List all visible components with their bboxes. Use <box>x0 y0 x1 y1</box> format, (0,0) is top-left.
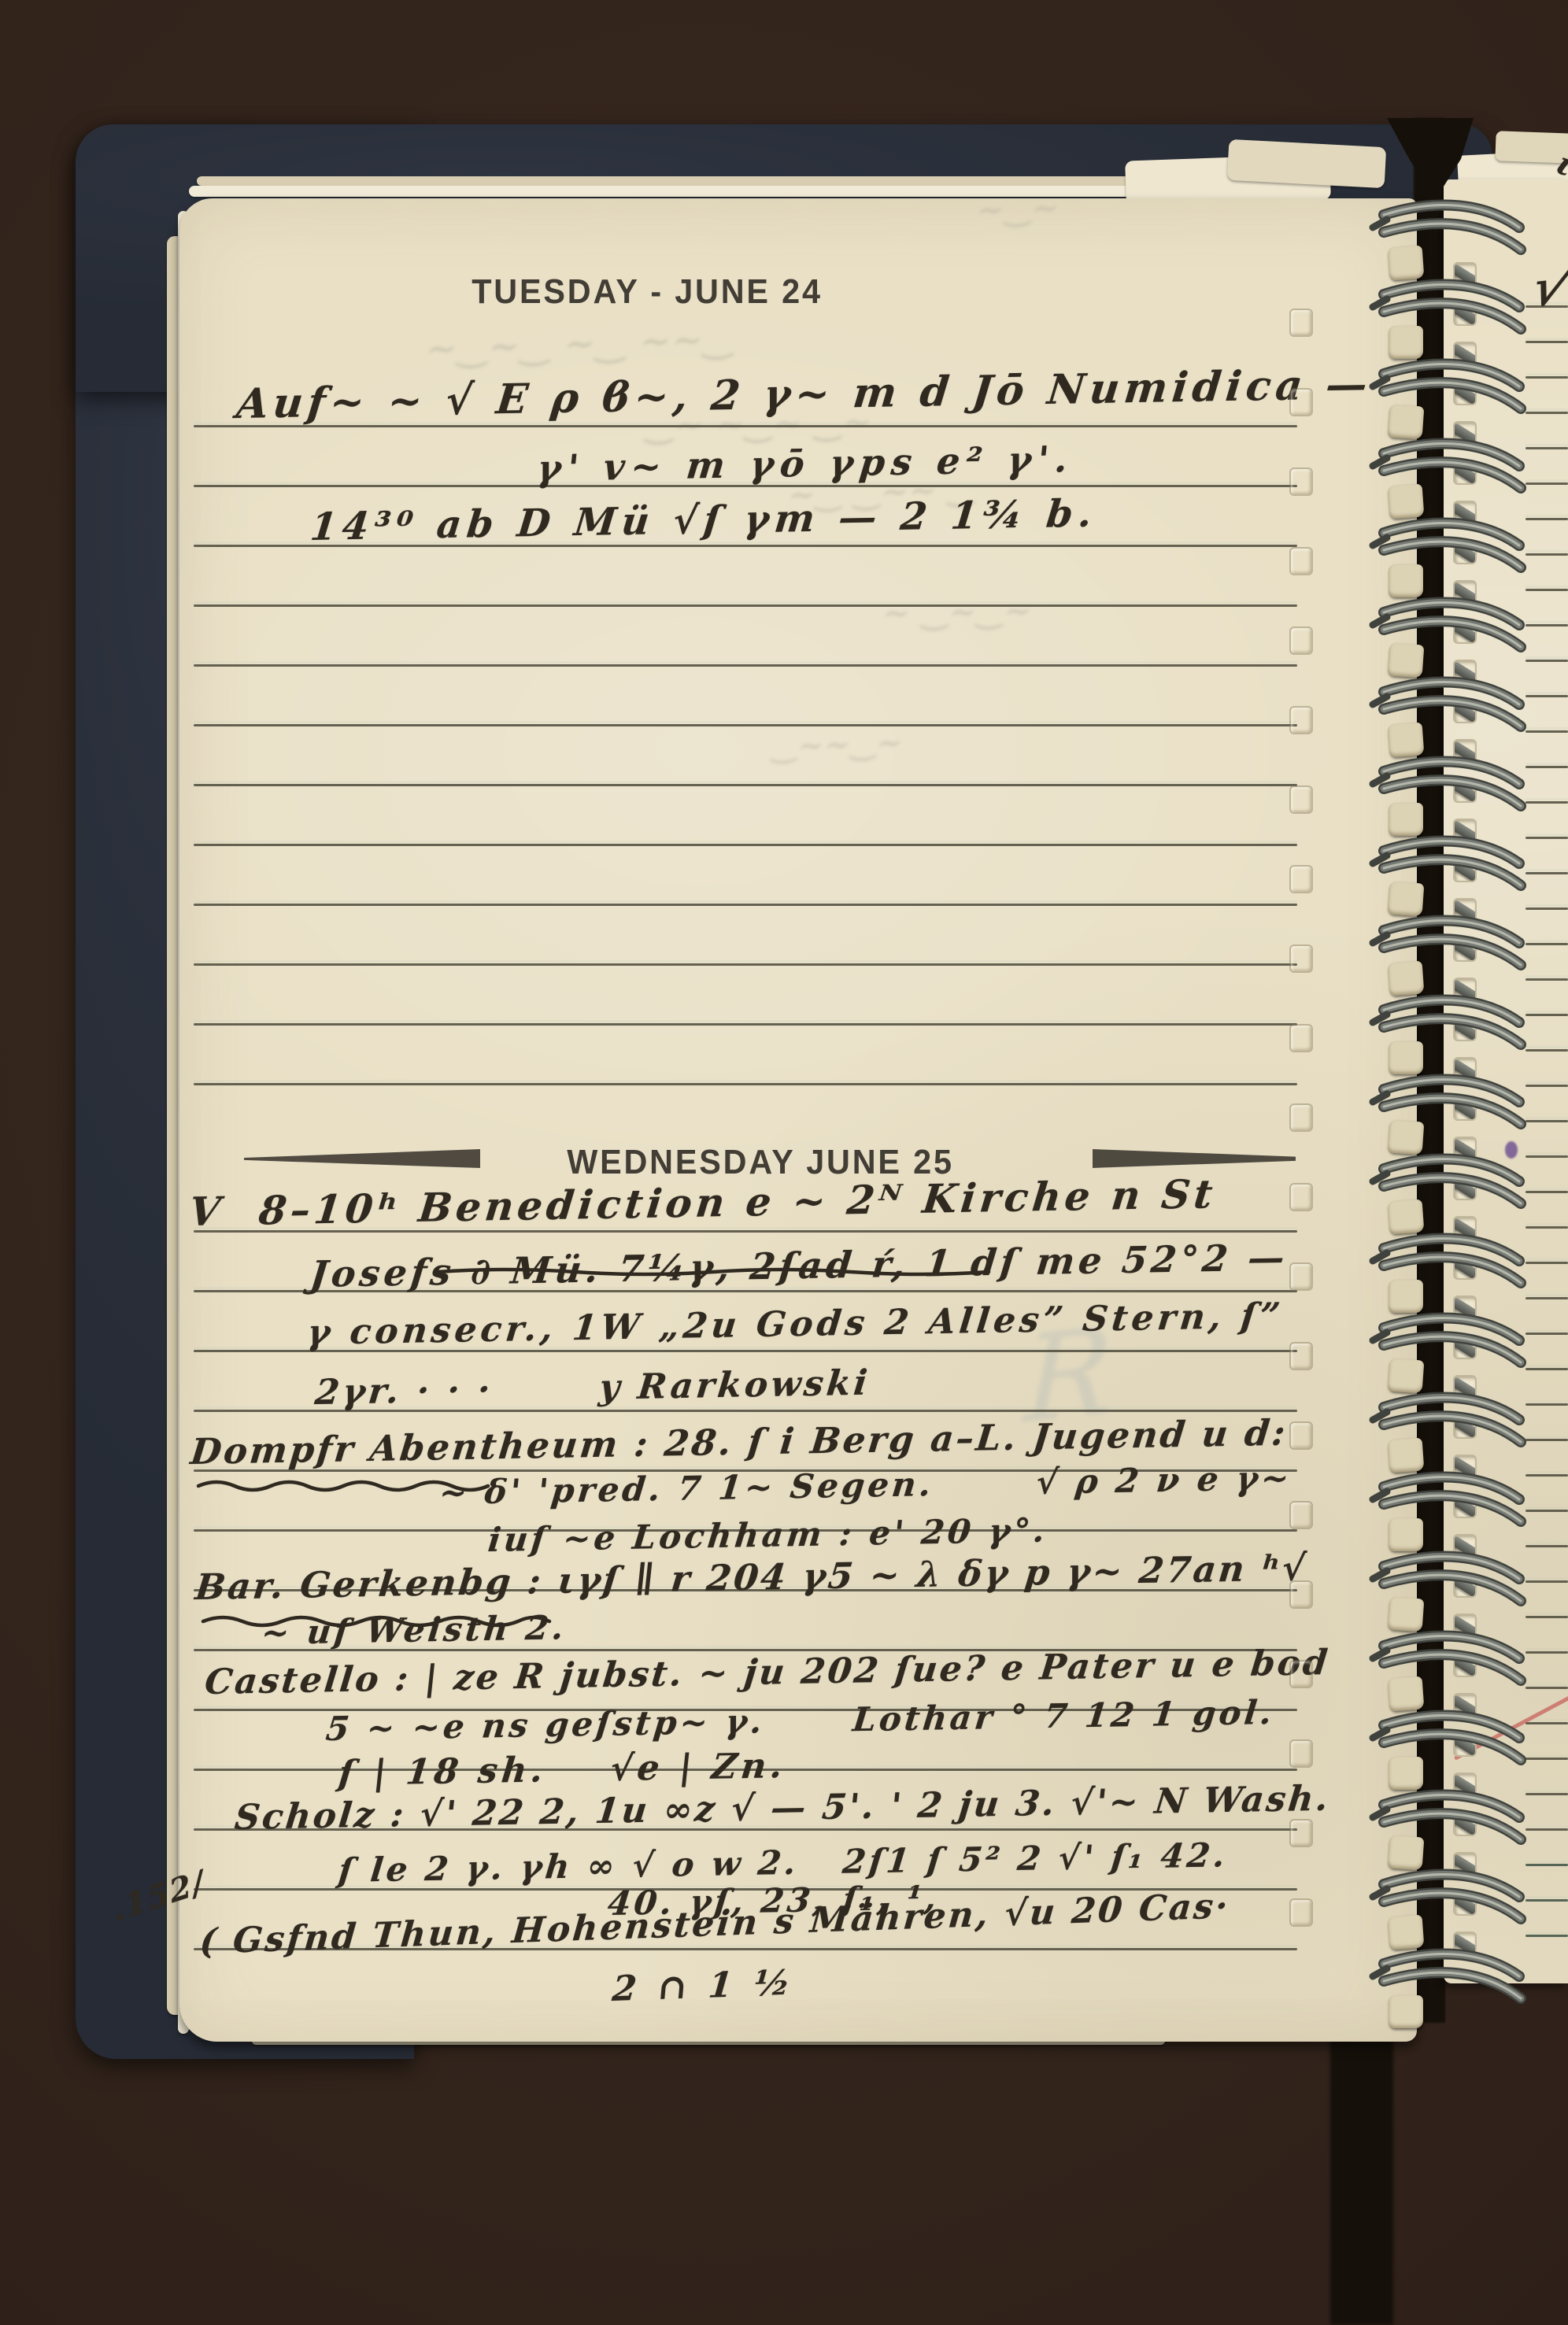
ring-wire-stub <box>1453 1891 1477 1916</box>
ruled-line <box>1525 1014 1568 1016</box>
ruled-line <box>1525 1935 1568 1937</box>
punch-hole <box>1453 539 1477 564</box>
page-tab <box>1388 1358 1425 1394</box>
punch-hole <box>1453 1493 1477 1518</box>
punch-hole <box>1453 301 1477 326</box>
ruled-line <box>1525 1333 1568 1335</box>
punch-hole <box>1453 1414 1477 1439</box>
ruled-line <box>1525 1297 1568 1299</box>
punch-hole <box>1453 1255 1477 1280</box>
ruled-line <box>1525 341 1568 343</box>
punch-hole <box>1453 580 1477 605</box>
ruled-line <box>1525 1155 1568 1158</box>
punch-hole <box>1453 1693 1477 1718</box>
purple-ink-dot <box>1505 1141 1518 1159</box>
ruled-line <box>1525 978 1568 981</box>
punch-hole <box>1453 660 1477 685</box>
ring-wire-stub <box>1453 978 1477 1003</box>
ring-wire-stub <box>1453 1176 1477 1200</box>
ring-wire-stub <box>1453 263 1477 287</box>
ring-wire-stub <box>1453 581 1477 605</box>
punch-hole <box>1453 1772 1477 1798</box>
ruled-line <box>1525 447 1568 449</box>
page-tab <box>1388 1438 1425 1473</box>
ring-wire-stub <box>1453 899 1477 923</box>
ring-wire-stub <box>1453 1732 1477 1757</box>
punch-hole <box>1453 1175 1477 1200</box>
ring-wire-stub <box>1453 342 1477 367</box>
punch-hole <box>1453 1732 1477 1757</box>
punch-hole <box>1453 1852 1477 1877</box>
ruled-line <box>1525 589 1568 591</box>
ring-wire-stub <box>1453 460 1477 485</box>
page-tab <box>1389 326 1423 359</box>
punch-hole <box>1453 698 1477 723</box>
ring-wire-stub <box>1453 1455 1477 1480</box>
ring-wire-stub <box>1453 1535 1477 1559</box>
ring-wire-stub <box>1453 619 1477 644</box>
page-tab <box>1389 1280 1423 1313</box>
ruled-line <box>1525 1439 1568 1441</box>
ring-wire-stub <box>1453 1414 1477 1439</box>
ring-wire-stub <box>1453 937 1477 962</box>
ring-wire-stub <box>1453 1255 1477 1280</box>
punch-hole <box>1453 978 1477 1003</box>
diary-photo: ~‿~‿ ~‿ ~~‿‿~ ~‿~ ‿~~‿ ‿~~ ‿~ ‿~‿~‿~~‿~~… <box>0 0 1568 2325</box>
ring-wire-stub <box>1453 1853 1477 1877</box>
ruled-line <box>1525 837 1568 839</box>
ruled-line <box>1525 801 1568 804</box>
ring-wire-stub <box>1453 1296 1477 1321</box>
page-tab <box>1388 1597 1425 1632</box>
ring-wire-stub <box>1453 858 1477 882</box>
page-tab <box>1388 405 1425 440</box>
ring-wire-stub <box>1453 1573 1477 1598</box>
punch-hole <box>1453 1811 1477 1836</box>
ruled-line <box>1525 1616 1568 1618</box>
punch-hole <box>1453 460 1477 485</box>
punch-hole <box>1453 1534 1477 1559</box>
ring-wire-stub <box>1453 1614 1477 1639</box>
ruled-line <box>1525 624 1568 627</box>
ring-wire-stub <box>1453 1137 1477 1162</box>
punch-hole <box>1453 1334 1477 1359</box>
punch-hole <box>1453 1096 1477 1121</box>
punch-hole <box>1453 819 1477 844</box>
ruled-line <box>1525 1262 1568 1264</box>
punch-hole <box>1453 1375 1477 1400</box>
ruled-line <box>1525 660 1568 662</box>
ring-wire-stub <box>1453 660 1477 685</box>
ring-wire-stub <box>1453 1376 1477 1400</box>
ruled-line <box>1525 1510 1568 1512</box>
ring-wire-stub <box>1453 540 1477 564</box>
punch-hole <box>1453 342 1477 367</box>
ruled-line <box>1525 1758 1568 1760</box>
ruled-line <box>1525 872 1568 874</box>
page-tab <box>1389 803 1423 836</box>
punch-hole <box>1453 898 1477 923</box>
ruled-line <box>1525 1828 1568 1831</box>
ruled-line <box>1525 907 1568 910</box>
ruled-line <box>1525 412 1568 414</box>
punch-hole <box>1453 1296 1477 1321</box>
ruled-line <box>1525 730 1568 733</box>
ring-wire-stub <box>1453 1653 1477 1677</box>
punch-hole <box>1453 1137 1477 1162</box>
punch-hole <box>1453 857 1477 882</box>
ring-wire-stub <box>1453 1217 1477 1241</box>
punch-hole <box>1453 1016 1477 1041</box>
punch-hole <box>1453 1057 1477 1082</box>
ruled-line <box>1525 1722 1568 1724</box>
ring-wire-stub <box>1453 819 1477 844</box>
ruled-line <box>1525 766 1568 768</box>
punch-hole <box>1453 380 1477 405</box>
ring-wire-stub <box>1453 1335 1477 1359</box>
page-tab <box>1388 1199 1425 1235</box>
page-tab <box>1388 484 1425 519</box>
pen-mark: √ <box>1525 262 1568 317</box>
punch-hole <box>1453 1573 1477 1598</box>
punch-hole <box>1453 619 1477 644</box>
ruled-line <box>1525 1580 1568 1583</box>
page-tab <box>1388 1676 1425 1712</box>
ruled-line <box>1525 1085 1568 1087</box>
ring-wire-stub <box>1453 778 1477 803</box>
ruled-line <box>1525 1368 1568 1370</box>
ruled-line <box>1525 553 1568 556</box>
right-page: √ι <box>1444 179 1568 1983</box>
ring-wire-stub <box>1453 1932 1477 1957</box>
ring-wire-stub <box>1453 1017 1477 1041</box>
page-tab <box>1388 1835 1425 1871</box>
ruled-line <box>1525 1403 1568 1406</box>
punch-hole <box>1453 421 1477 446</box>
ruled-line <box>1525 1545 1568 1547</box>
page-tab <box>1389 1041 1423 1074</box>
ruled-line <box>1525 943 1568 945</box>
page-tab <box>1389 564 1423 597</box>
ruled-line <box>1525 1793 1568 1795</box>
punch-hole <box>1453 262 1477 287</box>
ruled-line <box>1525 1120 1568 1122</box>
punch-hole <box>1453 1613 1477 1639</box>
ruled-line <box>1525 1191 1568 1193</box>
page-tab <box>1389 1518 1423 1551</box>
ruled-line <box>1525 1474 1568 1477</box>
page-tab <box>1389 1995 1423 2028</box>
ruled-line <box>1525 1049 1568 1052</box>
ruled-line <box>1525 1864 1568 1866</box>
punch-hole <box>1453 501 1477 526</box>
punch-hole <box>1453 1216 1477 1241</box>
ring-wire-stub <box>1453 1494 1477 1518</box>
ring-wire-stub <box>1453 1058 1477 1082</box>
ring-wire-stub <box>1453 501 1477 526</box>
punch-hole <box>1453 1455 1477 1480</box>
ruled-line <box>1525 1651 1568 1654</box>
ring-wire-stub <box>1453 1096 1477 1121</box>
ruled-line <box>1525 1899 1568 1902</box>
ruled-line <box>1525 482 1568 485</box>
punch-hole <box>1453 739 1477 764</box>
ring-wire-stub <box>1453 301 1477 326</box>
page-tab <box>1388 961 1425 996</box>
ruled-line <box>1525 695 1568 697</box>
ring-wire-stub <box>1453 699 1477 723</box>
ring-wire-stub <box>1453 422 1477 446</box>
ruled-line <box>1525 1226 1568 1229</box>
ring-wire-stub <box>1453 1694 1477 1718</box>
punch-hole <box>1453 1931 1477 1957</box>
ruled-line <box>1525 518 1568 520</box>
punch-hole <box>1453 937 1477 962</box>
page-tab <box>1388 643 1425 678</box>
page-tab <box>1388 882 1425 917</box>
ring-wire-stub <box>1453 381 1477 405</box>
ring-wire-stub <box>1453 1812 1477 1836</box>
punch-hole <box>1453 1652 1477 1677</box>
ring-wire-stub <box>1453 1773 1477 1798</box>
page-tab <box>1388 1915 1425 1950</box>
punch-hole <box>1453 1891 1477 1916</box>
punch-hole <box>1453 778 1477 803</box>
torn-perforation-tabs <box>0 0 1568 2325</box>
page-tab <box>1388 246 1425 281</box>
page-tab <box>1388 723 1425 758</box>
page-tab <box>1389 1757 1423 1790</box>
ring-wire-stub <box>1453 740 1477 764</box>
ruled-line <box>1525 1687 1568 1689</box>
ruled-line <box>1525 376 1568 379</box>
page-tab <box>1388 1120 1425 1155</box>
